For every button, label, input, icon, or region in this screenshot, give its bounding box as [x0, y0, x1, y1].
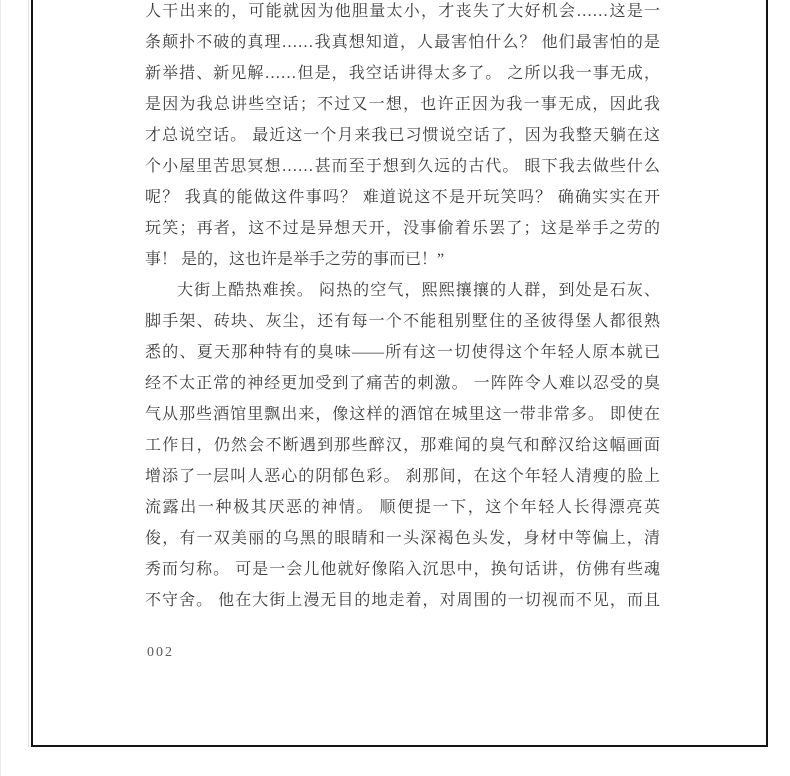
text-line: 经不太正常的神经更加受到了痛苦的刺激。 一阵阵令人难以忍受的臭: [145, 368, 660, 399]
text-line: 才总说空话。 最近这一个月来我已习惯说空话了，因为我整天躺在这: [145, 120, 660, 151]
text-line: 事！ 是的，这也许是举手之劳的事而已！”: [145, 244, 660, 275]
text-line: 脚手架、砖块、灰尘，还有每一个不能租别墅住的圣彼得堡人都很熟: [145, 306, 660, 337]
text-line: 人干出来的，可能就因为他胆量太小，才丧失了大好机会……这是一: [145, 0, 660, 27]
page-edge-shadow-inner: [28, 0, 29, 747]
text-line: 工作日，仍然会不断遇到那些醉汉，那难闻的臭气和醉汉给这幅画面: [145, 430, 660, 461]
text-line: 新举措、新见解……但是，我空话讲得太多了。 之所以我一事无成，: [145, 58, 660, 89]
text-line: 秀而匀称。 可是一会儿他就好像陷入沉思中，换句话讲，仿佛有些魂: [145, 554, 660, 585]
text-line: 是因为我总讲些空话；不过又一想，也许正因为我一事无成，因此我: [145, 89, 660, 120]
text-line: 增添了一层叫人恶心的阴郁色彩。 刹那间，在这个年轻人清瘦的脸上: [145, 461, 660, 492]
text-line: 不守舍。 他在大街上漫无目的地走着，对周围的一切视而不见，而且: [145, 585, 660, 616]
page-border-left: [31, 0, 33, 747]
page-edge-shadow-outer: [0, 0, 1, 776]
page-border-right: [766, 0, 768, 747]
body-text: 人干出来的，可能就因为他胆量太小，才丧失了大好机会……这是一 条颠扑不破的真理……: [145, 0, 660, 616]
book-page: 人干出来的，可能就因为他胆量太小，才丧失了大好机会……这是一 条颠扑不破的真理……: [0, 0, 790, 776]
text-line: 条颠扑不破的真理……我真想知道，人最害怕什么？ 他们最害怕的是: [145, 27, 660, 58]
text-line: 气从那些酒馆里飘出来，像这样的酒馆在城里这一带非常多。 即使在: [145, 399, 660, 430]
text-line: 俊，有一双美丽的乌黑的眼睛和一头深褐色头发，身材中等偏上，清: [145, 523, 660, 554]
text-line: 个小屋里苦思冥想……甚而至于想到久远的古代。 眼下我去做些什么: [145, 151, 660, 182]
text-line: 玩笑；再者，这不过是异想天开，没事偷着乐罢了；这是举手之劳的: [145, 213, 660, 244]
text-line: 大街上酷热难挨。 闷热的空气，熙熙攘攘的人群，到处是石灰、: [145, 275, 660, 306]
text-line: 呢？ 我真的能做这件事吗？ 难道说这不是开玩笑吗？ 确确实实在开: [145, 182, 660, 213]
paragraph-1: 人干出来的，可能就因为他胆量太小，才丧失了大好机会……这是一 条颠扑不破的真理……: [145, 0, 660, 275]
paragraph-2: 大街上酷热难挨。 闷热的空气，熙熙攘攘的人群，到处是石灰、 脚手架、砖块、灰尘，…: [145, 275, 660, 616]
page-number: 002: [147, 643, 174, 663]
page-border-bottom: [31, 745, 768, 747]
text-line: 悉的、夏天那种特有的臭味——所有这一切使得这个年轻人原本就已: [145, 337, 660, 368]
text-line: 流露出一种极其厌恶的神情。 顺便提一下，这个年轻人长得漂亮英: [145, 492, 660, 523]
